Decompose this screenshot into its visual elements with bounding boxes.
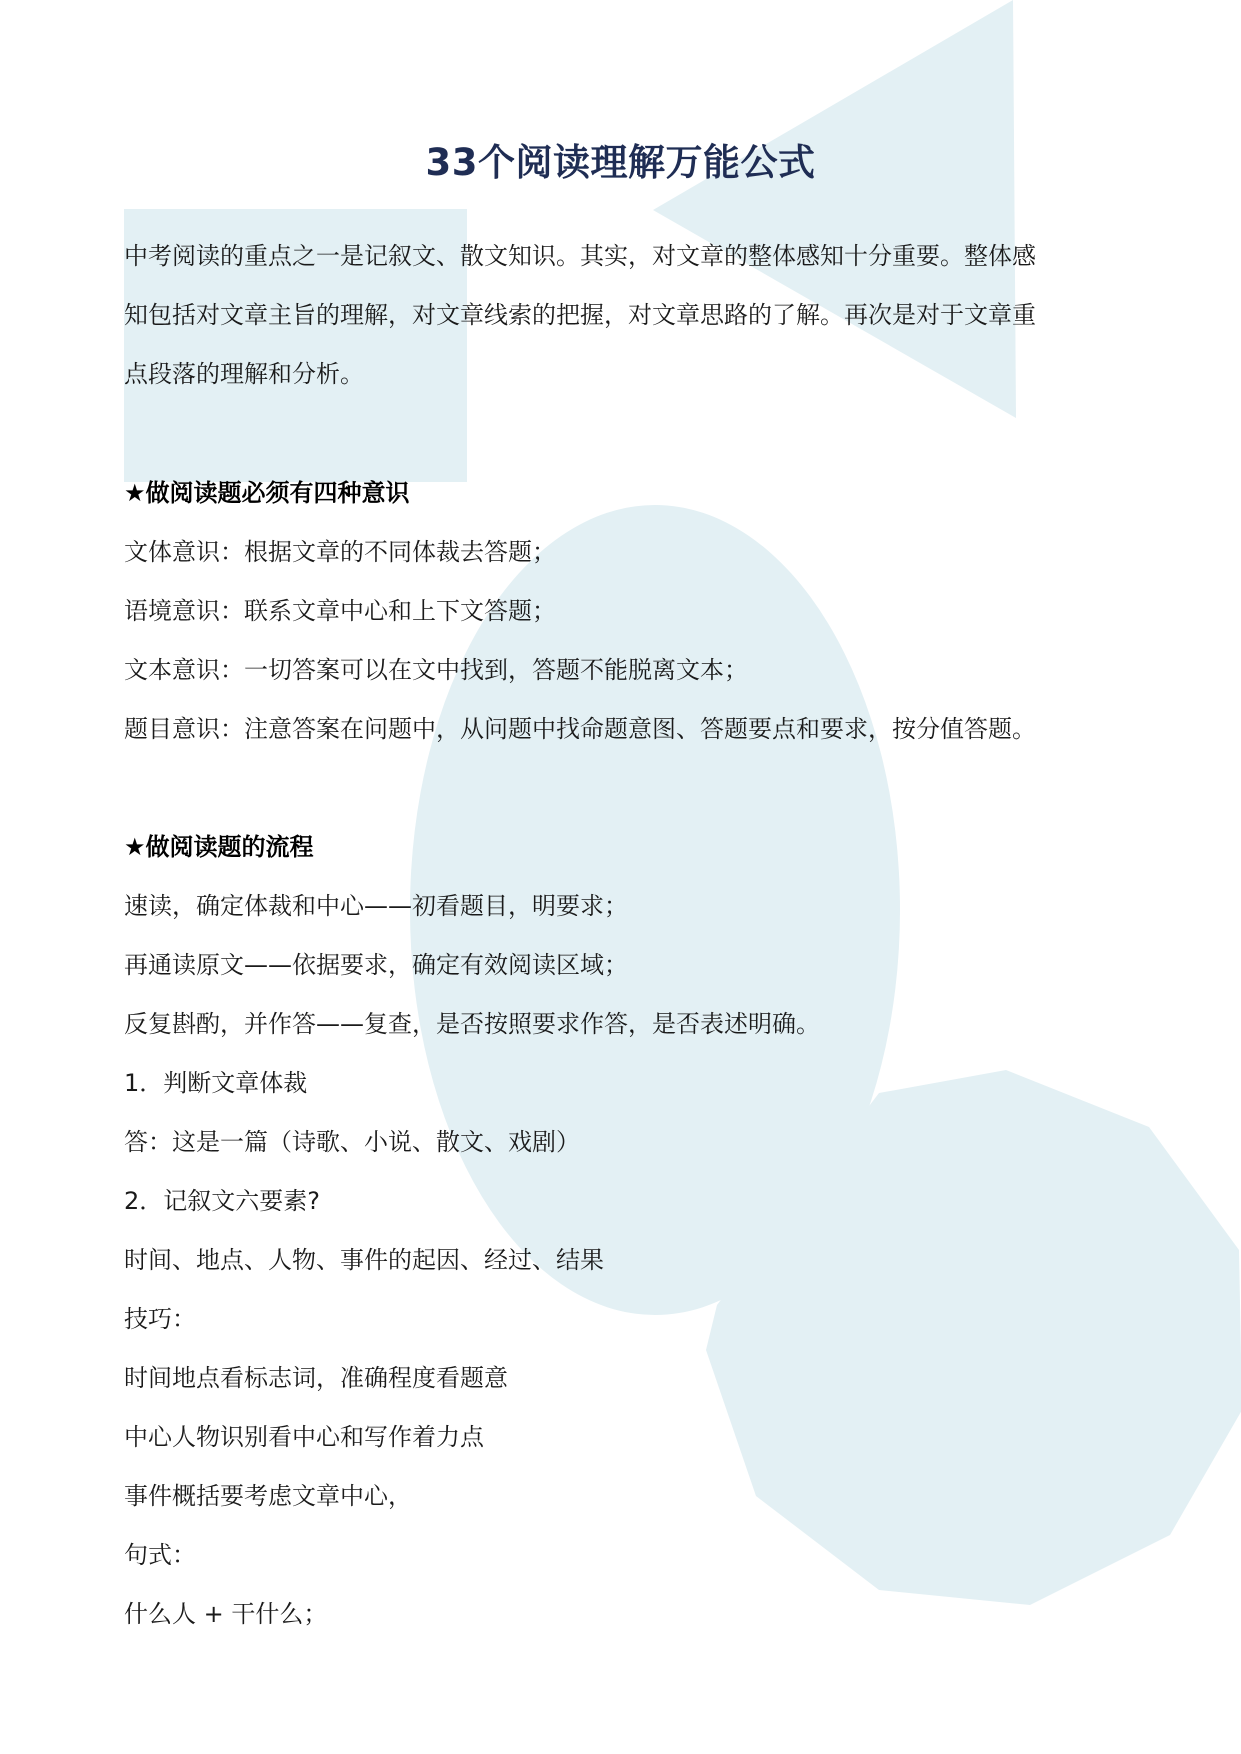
decor-triangle [653, 0, 1016, 418]
page-title: 33个阅读理解万能公式 [0, 132, 1241, 186]
list-item: 时间、地点、人物、事件的起因、经过、结果 [124, 1245, 604, 1275]
list-item: 文本意识：一切答案可以在文中找到，答题不能脱离文本； [124, 655, 748, 685]
list-item: 答：这是一篇（诗歌、小说、散文、戏剧） [124, 1127, 580, 1157]
list-item: 反复斟酌，并作答——复查，是否按照要求作答，是否表述明确。 [124, 1009, 820, 1039]
list-item: 句式： [124, 1540, 196, 1570]
list-item: 语境意识：联系文章中心和上下文答题； [124, 596, 556, 626]
list-item: 题目意识：注意答案在问题中，从问题中找命题意图、答题要点和要求，按分值答题。 [124, 714, 1036, 744]
intro-line: 点段落的理解和分析。 [124, 359, 364, 389]
list-item: 2．记叙文六要素? [124, 1186, 320, 1216]
intro-line: 知包括对文章主旨的理解，对文章线索的把握，对文章思路的了解。再次是对于文章重 [124, 300, 1036, 330]
list-item: 时间地点看标志词，准确程度看题意 [124, 1363, 508, 1393]
list-item: 再通读原文——依据要求，确定有效阅读区域； [124, 950, 628, 980]
section-heading-awareness: ★做阅读题必须有四种意识 [124, 478, 410, 508]
intro-line: 中考阅读的重点之一是记叙文、散文知识。其实，对文章的整体感知十分重要。整体感 [124, 241, 1036, 271]
section-heading-process: ★做阅读题的流程 [124, 832, 314, 862]
list-item: 技巧： [124, 1304, 196, 1334]
list-item: 什么人 + 干什么； [124, 1599, 327, 1629]
list-item: 速读，确定体裁和中心——初看题目，明要求； [124, 891, 628, 921]
list-item: 中心人物识别看中心和写作着力点 [124, 1422, 484, 1452]
list-item: 1．判断文章体裁 [124, 1068, 307, 1098]
list-item: 事件概括要考虑文章中心， [124, 1481, 412, 1511]
list-item: 文体意识：根据文章的不同体裁去答题； [124, 537, 556, 567]
